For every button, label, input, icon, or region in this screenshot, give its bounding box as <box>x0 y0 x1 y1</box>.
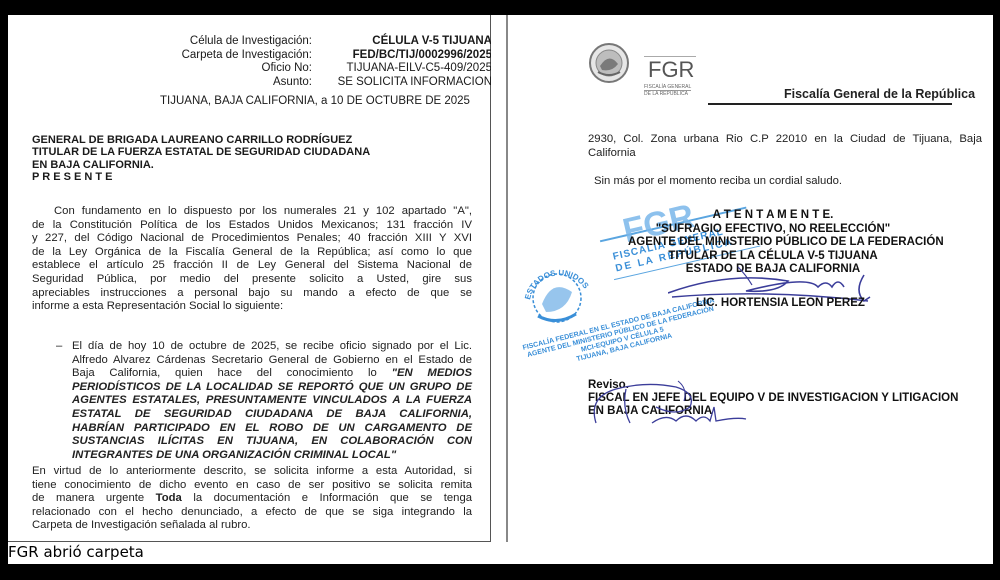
header-label-oficio: Oficio No: <box>8 62 312 76</box>
caption-bar: FGR abrió carpeta <box>8 542 993 564</box>
motto: "SUFRAGIO EFECTIVO, NO REELECCIÓN" <box>628 223 918 237</box>
quote-line: HABRÍAN PARTICIPADO EN EL ROBO DE UN CAR… <box>72 422 472 436</box>
institution-underline <box>708 103 952 105</box>
addressee-block: GENERAL DE BRIGADA LAUREANO CARRILLO ROD… <box>32 134 370 183</box>
paragraph-line: tiene conocimiento de dicho evento en ca… <box>32 479 472 493</box>
paragraph-line: Carpeta de Investigación señalada al rub… <box>32 519 472 533</box>
signer-position: AGENTE DEL MINISTERIO PÚBLICO DE LA FEDE… <box>628 236 918 250</box>
oficio-page-1: Célula de Investigación: Carpeta de Inve… <box>8 15 491 542</box>
header-value-carpeta: FED/BC/TIJ/0002996/2025 <box>320 49 492 63</box>
paragraph-line: y 227, del Código Nacional de Procedimie… <box>32 232 472 246</box>
header-value-celula: CÉLULA V-5 TIJUANA <box>320 35 492 49</box>
fgr-logo-sub1: FISCALÍA GENERAL <box>644 84 691 90</box>
quote-start: "EN MEDIOS <box>392 367 472 379</box>
paragraph-fundamento: Con fundamento en lo dispuesto por los n… <box>32 205 472 314</box>
paragraph-line: En virtud de lo anteriormente descrito, … <box>32 465 472 479</box>
paragraph-line: Con fundamento en lo dispuesto por los n… <box>32 205 472 219</box>
bullet-line: El día de hoy 10 de octubre de 2025, se … <box>72 340 472 354</box>
bullet-marker: – <box>56 340 62 352</box>
signer-name: LIC. HORTENSIA LEON PEREZ <box>696 297 865 311</box>
paragraph-line: relacionado con el hecho denunciado, a e… <box>32 506 472 520</box>
text-run: la documentación e Información que se te… <box>193 492 472 504</box>
bullet-line: Alfredo Alvarez Cárdenas Secretario Gene… <box>72 354 472 368</box>
addressee-name: GENERAL DE BRIGADA LAUREANO CARRILLO ROD… <box>32 134 370 146</box>
oficio-page-2: FGR FISCALÍA GENERAL DE LA REPÚBLICA Fis… <box>506 15 993 542</box>
fgr-logo-subtitle: FISCALÍA GENERAL DE LA REPÚBLICA <box>644 84 691 97</box>
coat-of-arms-seal-icon <box>588 42 630 84</box>
address-line: 2930, Col. Zona urbana Rio C.P 22010 en … <box>588 133 982 147</box>
bullet-line-plain: Baja California, quien hace del conocimi… <box>72 367 377 379</box>
addressee-title: TITULAR DE LA FUERZA ESTATAL DE SEGURIDA… <box>32 146 370 158</box>
national-seal-stamp-icon: ESTADOS UNIDOS MEXICANOS <box>516 252 598 334</box>
header-label-carpeta: Carpeta de Investigación: <box>8 49 312 63</box>
paragraph-line: informe a esta Representación Social lo … <box>32 300 472 314</box>
image-caption: FGR abrió carpeta <box>8 543 144 561</box>
signer-unit: TITULAR DE LA CÉLULA V-5 TIJUANA <box>628 250 918 264</box>
address-paragraph: 2930, Col. Zona urbana Rio C.P 22010 en … <box>588 133 982 160</box>
paragraph-line: establece el artículo 25 fracción II de … <box>32 259 472 273</box>
emphasis-toda: Toda <box>156 492 182 504</box>
paragraph-line: de la Constitución Política de los Estad… <box>32 219 472 233</box>
header-value-asunto: SE SOLICITA INFORMACION <box>320 76 492 90</box>
page-gutter <box>491 15 506 542</box>
quote-line: SUSTANCIAS ILÍCITAS EN TIJUANA, EN COLAB… <box>72 435 472 449</box>
header-value-oficio: TIJUANA-EILV-C5-409/2025 <box>320 62 492 76</box>
quote-line: AGENTES ESTATALES, PRESUNTAMENTE VINCULA… <box>72 394 472 408</box>
paragraph-line: apreciables instrucciones a personal baj… <box>32 287 472 301</box>
addressee-location: EN BAJA CALIFORNIA. <box>32 159 370 171</box>
quote-line: PERIODÍSTICOS DE LA LOCALIDAD SE REPORTÓ… <box>72 381 472 395</box>
quote-line: INTEGRANTES DE UNA ORGANIZACIÓN CRIMINAL… <box>72 449 472 463</box>
institution-name: Fiscalía General de la República <box>784 87 975 101</box>
reviewer-signature-icon <box>586 377 756 429</box>
bullet-item: El día de hoy 10 de octubre de 2025, se … <box>72 340 472 462</box>
paragraph-line: Seguridad Pública, por medio del present… <box>32 273 472 287</box>
text-run: de manera urgente <box>32 492 144 504</box>
fgr-logo-text: FGR <box>648 57 694 83</box>
header-label-celula: Célula de Investigación: <box>8 35 312 49</box>
paragraph-solicitud: En virtud de lo anteriormente descrito, … <box>32 465 472 533</box>
header-label-asunto: Asunto: <box>8 76 312 90</box>
paragraph-line: de la Ley Orgánica de la Fiscalía Genera… <box>32 246 472 260</box>
bullet-line-mixed: Baja California, quien hace del conocimi… <box>72 367 472 381</box>
atentamente: A T E N T A M E N T E. <box>628 209 918 223</box>
fgr-logo-sub2: DE LA REPÚBLICA <box>644 90 691 97</box>
place-date: TIJUANA, BAJA CALIFORNIA, a 10 DE OCTUBR… <box>160 95 470 107</box>
address-line: California <box>588 147 982 161</box>
quote-line: ESTATAL DE SEGURIDAD CIUDADANA DE BAJA C… <box>72 408 472 422</box>
addressee-presente: P R E S E N T E <box>32 171 370 183</box>
paragraph-line-mixed: de manera urgente Toda la documentación … <box>32 492 472 506</box>
